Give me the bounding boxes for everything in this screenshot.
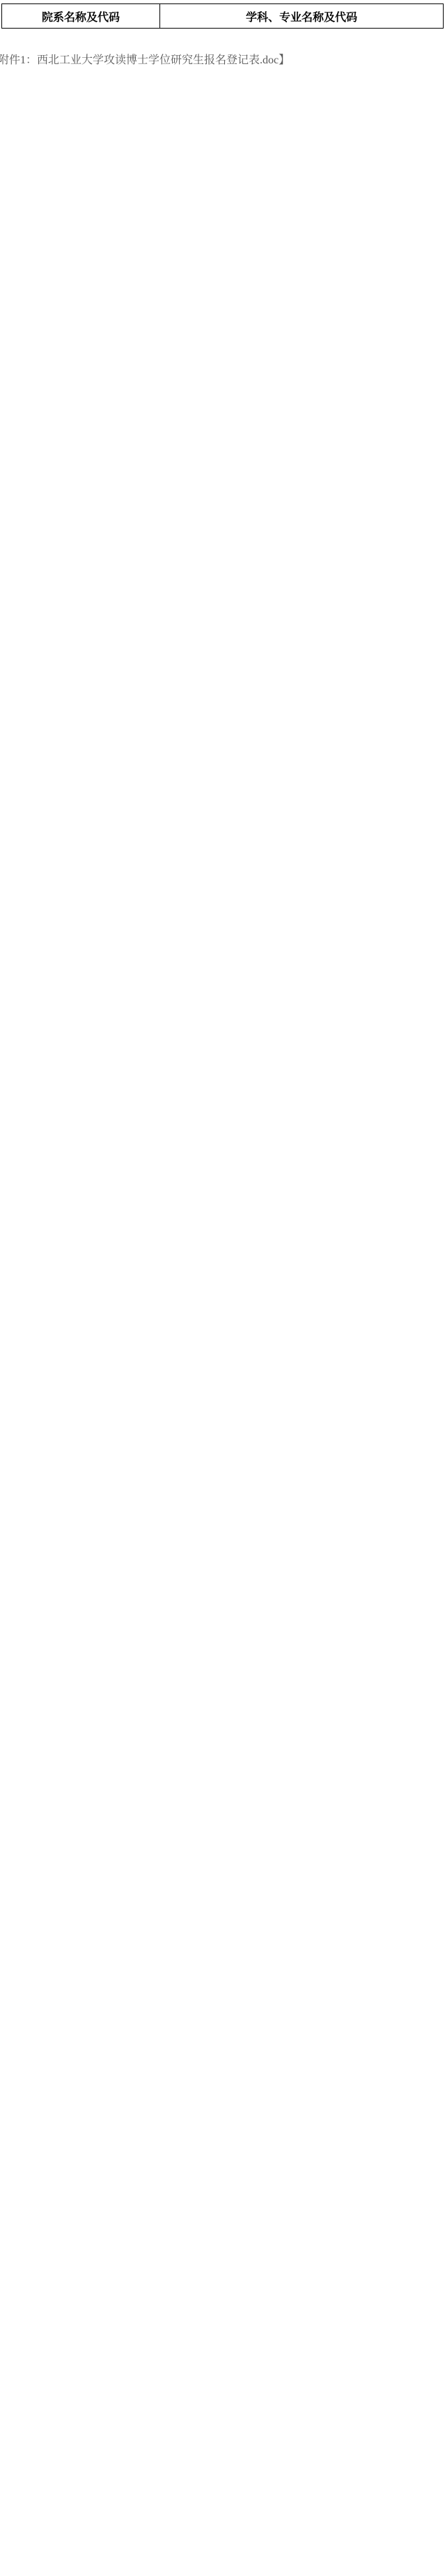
page: 院系名称及代码 学科、专业名称及代码 附件1：西北工业大学攻读博士学位研究生报名… — [0, 0, 445, 67]
departments-majors-table: 院系名称及代码 学科、专业名称及代码 — [1, 3, 444, 29]
column-header-major: 学科、专业名称及代码 — [160, 4, 444, 29]
attachment-link[interactable]: 附件1：西北工业大学攻读博士学位研究生报名登记表.doc】 — [0, 51, 444, 67]
column-header-department: 院系名称及代码 — [2, 4, 160, 29]
table-header: 院系名称及代码 学科、专业名称及代码 — [2, 4, 444, 29]
